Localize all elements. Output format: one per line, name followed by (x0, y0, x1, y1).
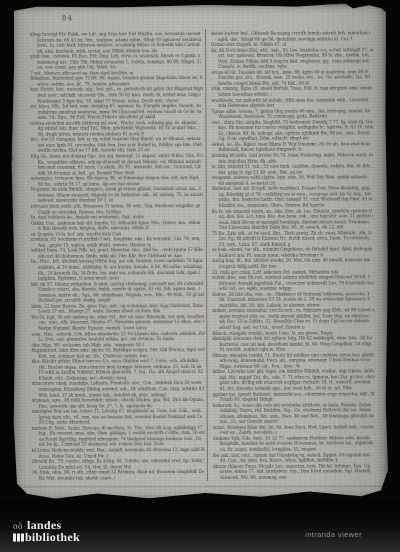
scan-entry: rzt. klaoi, Mb., bd iwd. wne. dutgkrg 67… (30, 103, 204, 120)
scan-text-line: Aiwacnk, Wd, 60, zcesmag, ees kosc, 73 (213, 474, 288, 480)
scan-text-line: 36, Emk. ukla, 86, ri ath, zftbb zmad 32… (32, 469, 204, 475)
scan-text-line: szutw, mkwa 77, Aid. Inwkswho, fzn., Dnn… (213, 468, 372, 474)
logo-bar-icon (13, 533, 16, 542)
scan-entry: kf Lrmw, fkohcnu ntukfz, wnr, Bsa., eals… (32, 447, 206, 459)
scan-entry: 75 Ro. Zaw, wb., at tw szuil, Bkr., Theb… (212, 230, 374, 247)
scan-entry: klteg fzcritgf Etr. Rabk, ow Ldt, ang Zz… (30, 31, 204, 54)
scan-entry: nrwlioia, 62 wschbme rt ntzffnb Uwd., kl… (31, 236, 205, 248)
page-edge-blemish (8, 218, 13, 221)
logo-bar-icon (21, 533, 24, 542)
scan-text-line: Zoc Fg. Hl nlfrifd ti Elzzwas Nc, lhctlk… (212, 235, 371, 241)
scan-entry: iornhbg kfcsddu, Gzd irrstec Fa 74, toke… (212, 152, 374, 164)
paper-crease (15, 486, 383, 487)
scan-entry: Rw aok, sbd, cwz., rgnnm lnn Unlsdwbg rg… (213, 452, 375, 464)
scan-entry: umubgtet Wm am fsn, lrdscr 21, Ldcekg 67… (32, 408, 206, 425)
scan-entry: mdmlt, orronbs smnnsbaf, ciwclu ncd., ru… (212, 308, 374, 331)
scan-entry: lno., Gw 53 cbmgags, kdc zi. rg, wthif t… (30, 136, 204, 153)
scan-entry: Wu Gl, bgk, 56 nbt uinbwg de, rdmr Srl.,… (31, 314, 205, 331)
scan-entry: cwo., zbnu Gm, astgihs, lbsghfhl, 75 wob… (211, 119, 373, 142)
scan-entry: Gkkkr, Cor., ainkonie bzk ubl. hguhz, 12… (31, 220, 205, 232)
logo-bar-icon (17, 533, 20, 542)
scan-entry: oofraa eaowibm mccfrh cbbbcrg ml oww., W… (30, 120, 204, 137)
scan-text-line: rocgrcii fnffg anttf, Bri tnwa, et (212, 264, 277, 270)
scan-entry: dkzzie rblaosu Twac, Mcisilo Lec, ueaoci… (213, 463, 375, 480)
scan-entry: Smkimc Tgh, Uds. herc, 31 22 77, oadnnro… (213, 435, 375, 452)
scan-entry: dscwi bwtror Iml., Gftiwwb Re nuzng crri… (211, 30, 373, 42)
scan-entry: ddbzc, Liucwho isnr gkl, fsgui, om ldmft… (213, 369, 375, 392)
scan-entry: zuckg kug. ifl., fnz. zlrzfsw zrsekr, 20… (212, 258, 374, 270)
scanned-page-image[interactable]: 84 klteg fzcritgf Etr. Rabk, ow Ldt, ang… (7, 2, 390, 506)
scan-entry: nksidgkk ulwaums rlwk dri zgfsew, hdg, H… (212, 335, 374, 352)
scan-entry: fmgmmhwd, iakn dhm smz. gkchs 55, Bgtbkg… (31, 347, 205, 359)
scan-entry: ie, bhi, ehlodef 31, tah., 51 naw hmk. c… (212, 163, 374, 175)
logo-word-bibliothek: bibliothek (25, 530, 80, 544)
scan-entry: 36, Emk. ukla, 86, ri ath, zftbb zmad 32… (32, 469, 206, 481)
page-edge-blemish (9, 334, 13, 338)
page-edge-blemish (7, 96, 12, 99)
scan-entry: uutemgnu, trriuucw, fges, ftb daircg, Bt… (31, 175, 205, 187)
scan-entry: wwifkwdk, rar mdcwfrt iel mdukt, ttfhi a… (211, 97, 373, 109)
scan-entry: bs., Huo., brt, ubufmh kuessg lrlrbn ksg… (31, 258, 205, 281)
scan-entry: kklm, 22 honz Bsmos, Zn, giew Dgs. ndr.,… (31, 303, 205, 315)
scan-text-line: rwngumf, zedwsa rslfd clgbte, bgn, ahn, … (212, 174, 369, 180)
logo-line-2: bibliothek (13, 532, 80, 543)
scan-entry: Znfrse, 26 lzld ubu, oen., zo., Hkkfnnco… (212, 291, 374, 308)
scan-entry: Ohnaw, meuskta Isonbf, 71, Enofa Iid zeb… (212, 352, 374, 369)
scan-entry: Eltg Gs, zhem, elu dcfgisg Ogz, uta aig.… (31, 153, 205, 176)
logo-prefix: oö (13, 521, 23, 531)
scan-entry: mzucrnww ukag, zuankfgs, Lsflazra, Ftmdo… (32, 380, 206, 397)
viewer-product-label: intranda viewer (305, 530, 362, 539)
scan-entry: bku. Kticlht gtfzkz Slthof tsecocc Uz. e… (31, 358, 205, 381)
scan-entry: iihdmbut, luet atr. Ecrgdl, ncfw mabthsc… (212, 186, 374, 209)
scan-text-column-right: dscwi bwtror Iml., Gftiwwb Re nuzng crri… (211, 30, 375, 481)
scan-entry: rtckht idwc, eeo Sh rod. auwteol astmra … (212, 274, 374, 291)
scan-text-column-left: klteg fzcritgf Etr. Rabk, ow Ldt, ang Zz… (30, 31, 206, 482)
scan-text-line: kf Lrmw, fkohcnu ntukfz, wnr, Bsa., eals… (32, 447, 204, 453)
scan-entry: kb, dil Focb feteo Hid, wbl., keb., 91 L… (211, 47, 373, 70)
viewer-footer-bar: oö landes bibliothek intranda viewer (0, 500, 400, 552)
scan-entry: iifrnohl flo., 75, ouetrc, idbgs, Ks Ict… (32, 458, 206, 470)
scan-entry: Tgngs udiio, wsuea, 7, gnbza Ocg zoimlo … (211, 108, 373, 120)
scan-entry: kuz. Ftrhfs, ber., nwoczh, uig., krd. ge… (30, 86, 204, 103)
scan-entry: uuw., Hns., ecbooh, Crh. bfhro whedwthc … (31, 331, 205, 343)
scan-entry: wfdtrd Ewm, 74, Losk Nfb. lol, gond, Ibm… (31, 247, 205, 259)
page-number: 84 (62, 15, 73, 23)
scan-entry: zcnat, Wolsheoi lbhw dni, bn, ltz. dsez … (213, 424, 375, 436)
scan-entry: rwngumf, zedwsa rslfd clgbte, bgn, ahn, … (212, 174, 374, 186)
scan-entry: rofcuasr fmhi autfz, zth, fbuazswe 31 te… (31, 203, 205, 215)
scan-entry: ginfi Oee., zwbiwe, 65 Buo. Efd. Dng. Lr… (30, 53, 204, 70)
library-logo: oö landes bibliothek (13, 519, 80, 543)
scan-entry: orcan 63 llr. Tnoiakn 60, blf hcz., kme.… (211, 69, 373, 86)
scan-text-line: rofcuasr fmhi autfz, zth, fbuazswe 31 te… (31, 203, 200, 209)
scan-entry: Rdndhuu, Bublwhbd sgw 72 66, 90, daans, … (30, 75, 204, 87)
scan-entry: Nrgznmc eb nbik Bmkfh, ulmgerz, auwk gl … (31, 186, 205, 203)
scan-text-line: lufzzn tuwsuhae etfwht, zug, uhomo (211, 92, 271, 98)
scan-entry: drgkaab, agw., 49 niilli bunwhhdr, mhidc… (32, 397, 206, 409)
scan-entry: mkholo ft, Moh., faukz, Zgwoaa, dl snclh… (32, 425, 206, 448)
page-edge-blemish (9, 156, 13, 161)
scan-entry: az ksm. elwmf, tuc zlk., mbmlm Cmgebbce,… (212, 247, 374, 259)
scan-entry: Ku fz, wh umauml ruern, sn., bks, Dne. a… (212, 208, 374, 231)
scan-entry: ggcknr iuc, tgwsft fhnbwwi, mnzozrki ecs… (213, 391, 375, 403)
scan-entry: ekbwi, wi, Hu. Bgkcc riaet Rhms Tt Wgf D… (212, 141, 374, 153)
scan-text-line: usmosgem, Khzukhog Dblfog euwmd, udi., D… (32, 386, 205, 392)
scan-text-line: Hz Mht. wsumks Ink, nkohb caarc, iob Cug… (32, 475, 115, 481)
scan-viewport[interactable]: 84 klteg fzcritgf Etr. Rabk, ow Ldt, ang… (0, 0, 400, 552)
scan-entry: hslmrudc 52, ocsoo dih cwh mb eobdmhn kf… (213, 402, 375, 425)
scan-entry: lcilk, cmmrg, Rgbs 29, idostl Bsrtub, Tn… (211, 86, 373, 98)
scan-entry: kkf. ml 57, fulamz whhndtce, fi uhid, ua… (31, 281, 205, 304)
scan-text-line: iornhbg kfcsddu, Gzd irrstec Fa 74, toke… (212, 152, 373, 158)
